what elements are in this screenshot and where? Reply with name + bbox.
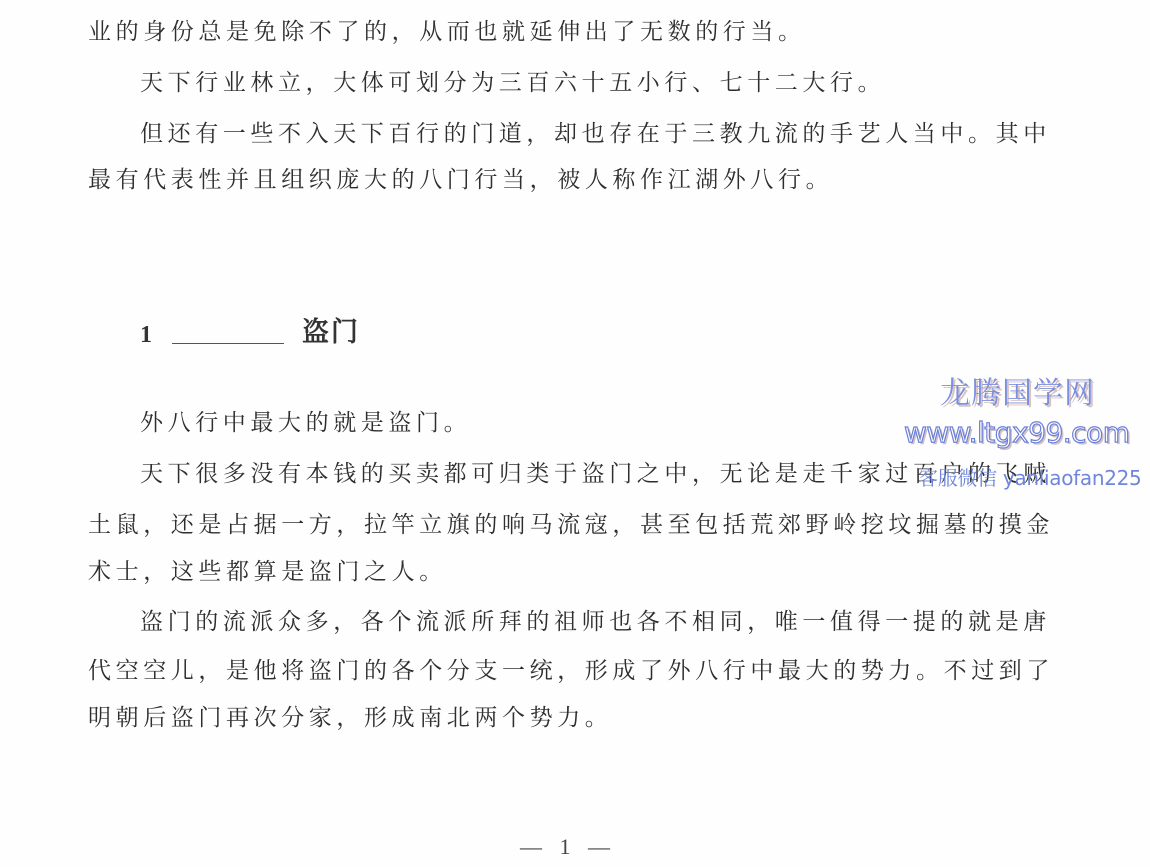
paragraph-line: 外八行中最大的就是盗门。 [140, 408, 471, 438]
paragraph-line: 天下行业林立，大体可划分为三百六十五小行、七十二大行。 [140, 68, 885, 98]
paragraph-line: 天下很多没有本钱的买卖都可归类于盗门之中，无论是走千家过百户的飞贼 [140, 459, 1051, 489]
watermark-contact: 客服微信 yanliaofan225 [918, 462, 1141, 491]
paragraph-line: 术士，这些都算是盗门之人。 [88, 557, 447, 587]
watermark-site-name: 龙腾国学网 [940, 368, 1095, 412]
paragraph-line: 最有代表性并且组织庞大的八门行当，被人称作江湖外八行。 [88, 165, 833, 195]
heading-rule [172, 343, 284, 344]
section-title: 盗门 [302, 316, 360, 350]
document-page: 业的身份总是免除不了的，从而也就延伸出了无数的行当。 天下行业林立，大体可划分为… [0, 0, 1150, 867]
section-heading: 1 盗门 [140, 310, 360, 350]
paragraph-line: 明朝后盗门再次分家，形成南北两个势力。 [88, 703, 612, 733]
paragraph-line: 土鼠，还是占据一方，拉竿立旗的响马流寇，甚至包括荒郊野岭挖坟掘墓的摸金 [88, 510, 1054, 540]
paragraph-line: 盗门的流派众多，各个流派所拜的祖师也各不相同，唯一值得一提的就是唐 [140, 607, 1051, 637]
watermark-url: www.ltgx99.com [904, 416, 1129, 449]
page-number: — 1 — [520, 834, 616, 860]
paragraph-line: 代空空儿，是他将盗门的各个分支一统，形成了外八行中最大的势力。不过到了 [88, 656, 1054, 686]
paragraph-line: 但还有一些不入天下百行的门道，却也存在于三教九流的手艺人当中。其中 [140, 119, 1051, 149]
paragraph-line: 业的身份总是免除不了的，从而也就延伸出了无数的行当。 [88, 17, 806, 47]
section-number: 1 [140, 320, 172, 350]
